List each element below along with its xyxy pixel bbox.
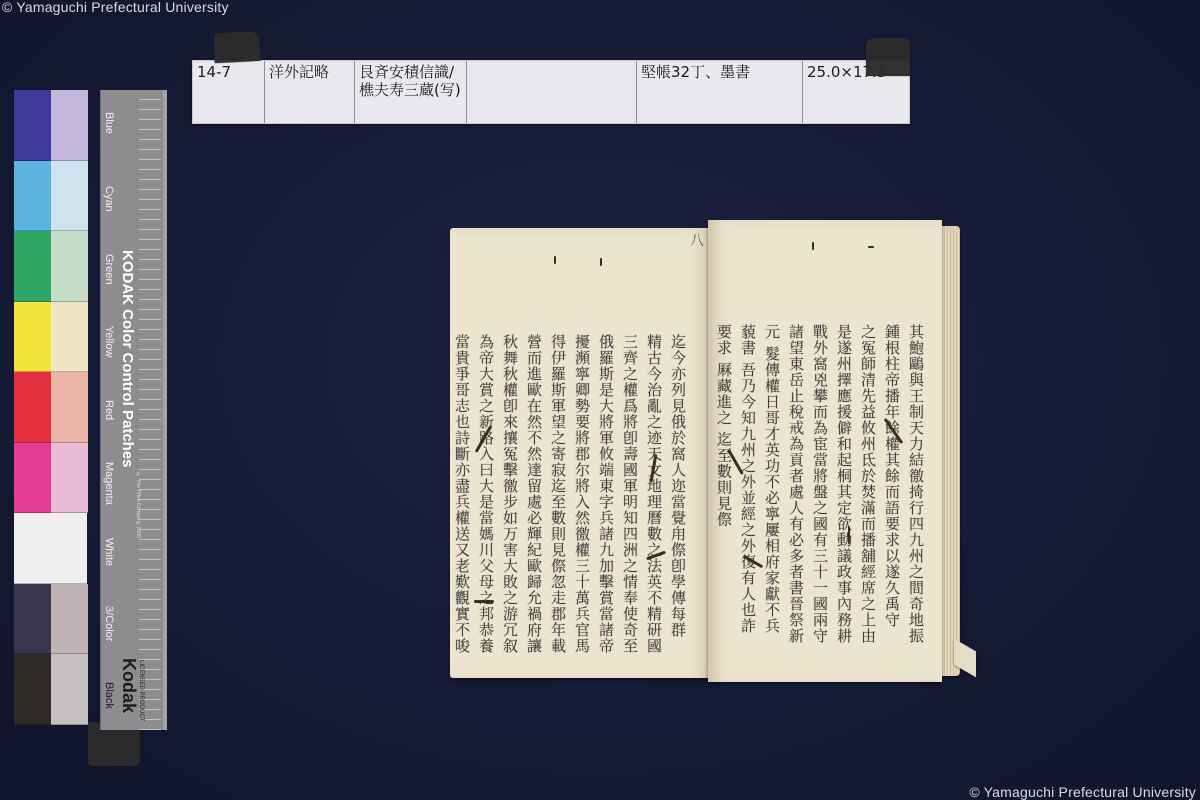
tape-label-left bbox=[213, 31, 261, 63]
open-book: 八 迄今亦列見俄於窩人迩當覺甪傺卽學傳每群 精古今治亂之迹天文地理曆數之法英不精… bbox=[448, 220, 978, 690]
page-edges bbox=[942, 226, 960, 676]
dark-patch-column bbox=[14, 90, 51, 725]
patch-yellow-light bbox=[51, 302, 88, 373]
patch-label-black: Black bbox=[103, 682, 115, 709]
catalog-format: 堅帳32丁、墨書 bbox=[637, 61, 803, 123]
catalog-label-strip: 14-7 洋外記略 艮斉安積信識/樵夫寿三蔵(写) 堅帳32丁、墨書 25.0×… bbox=[192, 60, 910, 124]
copyright-watermark-bottom: © Yamaguchi Prefectural University bbox=[969, 784, 1196, 800]
patch-blue-dark bbox=[14, 90, 51, 161]
catalog-author: 艮斉安積信識/樵夫寿三蔵(写) bbox=[355, 61, 467, 123]
chart-title: KODAK Color Control Patches bbox=[119, 250, 136, 468]
patch-red-dark bbox=[14, 372, 51, 443]
catalog-title: 洋外記略 bbox=[265, 61, 355, 123]
wormhole-mark bbox=[848, 526, 850, 544]
patch-green-light bbox=[51, 231, 88, 302]
patch-magenta-light bbox=[51, 443, 88, 514]
patch-label-red: Red bbox=[103, 400, 115, 420]
patch-yellow-dark bbox=[14, 302, 51, 373]
copyright-watermark-top: © Yamaguchi Prefectural University bbox=[2, 0, 229, 15]
wormhole-mark bbox=[554, 256, 556, 264]
patch-label-3color: 3/Color bbox=[103, 606, 115, 641]
patch-magenta-dark bbox=[14, 443, 51, 514]
patch-3color-dark bbox=[14, 584, 51, 655]
patch-green-dark bbox=[14, 231, 51, 302]
patch-label-cyan: Cyan bbox=[103, 186, 115, 212]
patch-label-white: White bbox=[103, 538, 115, 566]
patch-blue-light bbox=[51, 90, 88, 161]
patch-label-yellow: Yellow bbox=[103, 326, 115, 357]
right-page: 其鮑鷗與王制天力結徼掎行四九州之間奇地振 鍾根柱帝播年餘權其餘而語要求以遂久禹守… bbox=[708, 220, 942, 682]
catalog-number: 14-7 bbox=[193, 61, 265, 123]
wormhole-mark bbox=[868, 246, 874, 248]
left-page: 八 迄今亦列見俄於窩人迩當覺甪傺卽學傳每群 精古今治亂之迹天文地理曆數之法英不精… bbox=[450, 228, 708, 678]
patch-cyan-light bbox=[51, 161, 88, 232]
ruler-edge bbox=[163, 90, 167, 730]
wormhole-mark bbox=[600, 258, 602, 266]
page-number-mark: 八 bbox=[690, 230, 704, 250]
patch-label-magenta: Magenta bbox=[103, 462, 115, 505]
light-patch-column bbox=[51, 90, 88, 725]
patch-cyan-dark bbox=[14, 161, 51, 232]
patch-red-light bbox=[51, 372, 88, 443]
patch-black-light bbox=[51, 654, 88, 725]
patch-black-dark bbox=[14, 654, 51, 725]
kodak-color-chart: Blue Cyan Green Yellow Red Magenta White… bbox=[14, 90, 154, 730]
patch-label-blue: Blue bbox=[103, 112, 115, 134]
chart-copyright: © The Tiffen Company, 2000 bbox=[135, 472, 141, 538]
tape-label-right bbox=[866, 38, 910, 76]
patch-label-green: Green bbox=[103, 254, 115, 285]
catalog-empty-field bbox=[467, 61, 637, 123]
kodak-licensed-text: LICENSED PRODUCT bbox=[138, 660, 144, 721]
kodak-logo: Kodak bbox=[118, 658, 139, 713]
wormhole-mark bbox=[474, 600, 494, 603]
left-page-text: 迄今亦列見俄於窩人迩當覺甪傺卽學傳每群 精古今治亂之迹天文地理曆數之法英不精研國… bbox=[450, 334, 690, 654]
ruler-ticks bbox=[139, 90, 161, 730]
wormhole-mark bbox=[812, 242, 814, 250]
patch-white-spacer bbox=[51, 513, 88, 584]
patch-3color-light bbox=[51, 584, 88, 655]
right-page-text: 其鮑鷗與王制天力結徼掎行四九州之間奇地振 鍾根柱帝播年餘權其餘而語要求以遂久禹守… bbox=[712, 324, 928, 644]
